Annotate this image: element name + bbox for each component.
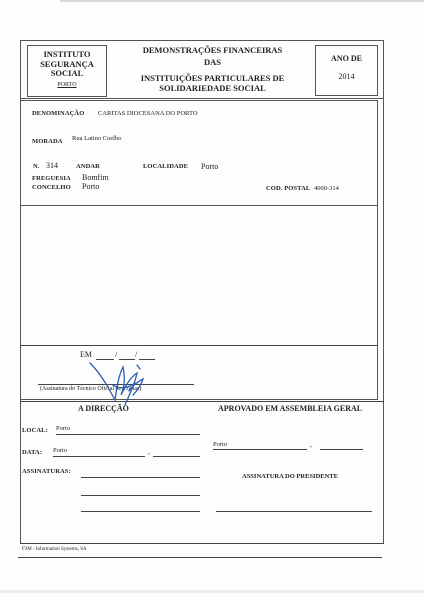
assinatura-line-3[interactable] <box>81 511 200 512</box>
title-line3: INSTITUIÇÕES PARTICULARES DE <box>115 73 310 83</box>
cod-postal-value: 4000-314 <box>314 185 339 192</box>
assinatura-line-2[interactable] <box>81 495 200 496</box>
footer-vendor: F3M - Information Systems, SA <box>22 547 87 552</box>
data-extra-field-line[interactable] <box>153 456 200 457</box>
local-value[interactable]: Porto <box>56 425 70 432</box>
title-line4: SOLIDARIEDADE SOCIAL <box>115 83 310 93</box>
title-line2: DAS <box>115 57 310 67</box>
content-area-box <box>20 205 378 400</box>
concelho-label: CONCELHO <box>32 184 71 191</box>
data-comma: , <box>148 448 150 456</box>
freguesia-value: Bomfim <box>82 173 109 182</box>
scan-edge-top <box>60 0 424 2</box>
data-label: DATA: <box>22 449 42 456</box>
numero-value: 314 <box>46 161 58 170</box>
year-value: 2014 <box>316 72 377 81</box>
assembleia-title: APROVADO EM ASSEMBLEIA GERAL <box>218 404 362 413</box>
document-title: DEMONSTRAÇÕES FINANCEIRAS DAS INSTITUIÇÕ… <box>115 45 310 93</box>
issuer-box: INSTITUTO SEGURANÇA SOCIAL PORTO <box>27 45 107 97</box>
assembleia-place-line <box>213 449 307 450</box>
local-label: LOCAL: <box>22 427 48 434</box>
localidade-value: Porto <box>201 162 218 171</box>
direcao-title: A DIRECÇÃO <box>78 404 129 413</box>
title-line1: DEMONSTRAÇÕES FINANCEIRAS <box>115 45 310 55</box>
year-label: ANO DE <box>316 54 377 63</box>
content-divider <box>20 345 378 346</box>
localidade-label: LOCALIDADE <box>143 163 188 170</box>
presidente-signature-line[interactable] <box>216 511 372 512</box>
local-field-line <box>56 434 200 435</box>
page-frame-bottom <box>20 543 384 544</box>
section-divider <box>20 401 384 402</box>
assinaturas-label: ASSINATURAS: <box>22 468 71 475</box>
assinatura-line-1[interactable] <box>81 477 200 478</box>
footer-rule <box>18 557 382 558</box>
concelho-value: Porto <box>82 182 99 191</box>
morada-label: MORADA <box>32 138 63 145</box>
cod-postal-label: COD. POSTAL <box>266 185 310 192</box>
assembleia-place-value[interactable]: Porto <box>213 441 227 448</box>
issuer-district: PORTO <box>28 82 106 88</box>
andar-label: ANDAR <box>76 163 100 170</box>
denominacao-value: CARITAS DIOCESANA DO PORTO <box>98 110 198 117</box>
presidente-label: ASSINATURA DO PRESIDENTE <box>242 473 338 480</box>
data-value[interactable]: Porto <box>53 447 67 454</box>
morada-value: Rua Latino Coelho <box>72 135 121 142</box>
scan-edge-bottom <box>0 590 424 593</box>
assembleia-date-line[interactable] <box>320 449 363 450</box>
freguesia-label: FREGUESIA <box>32 175 71 182</box>
denominacao-label: DENOMINAÇÃO <box>32 110 84 117</box>
numero-label: N. <box>33 163 40 170</box>
assembleia-comma: , <box>310 441 312 449</box>
year-box: ANO DE 2014 <box>315 45 378 96</box>
issuer-line3: SOCIAL <box>28 69 106 79</box>
data-field-line <box>53 456 145 457</box>
page-frame-right <box>383 99 384 543</box>
